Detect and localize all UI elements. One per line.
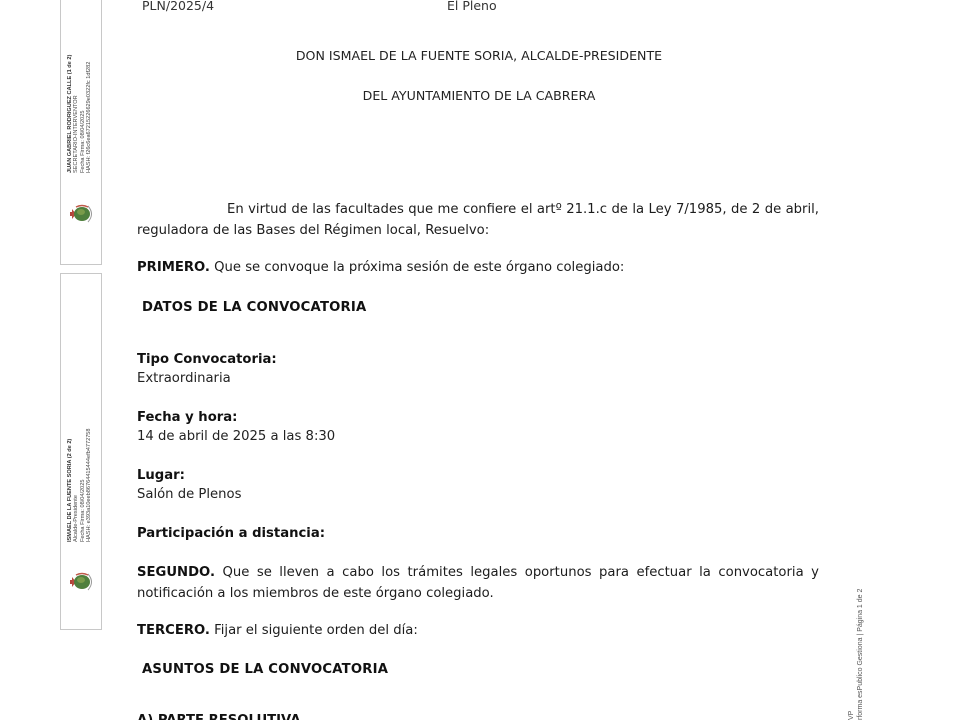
signature-text: JUAN GABRIEL RODRIGUEZ CALLE (1 de 2) SE… [67, 55, 93, 173]
signature-hash: HASH: e393a10eeb86764415444efb4772758 [86, 428, 92, 542]
datos-heading: DATOS DE LA CONVOCATORIA [142, 300, 366, 315]
document-organ: El Pleno [447, 0, 497, 13]
field-label-tipo: Tipo Convocatoria: [137, 352, 277, 367]
segundo-text: Que se lleven a cabo los trámites legale… [137, 565, 819, 601]
parte-resolutiva-heading: A) PARTE RESOLUTIVA [137, 713, 301, 720]
segundo-label: SEGUNDO. [137, 565, 215, 580]
field-label-participacion: Participación a distancia: [137, 526, 325, 541]
coat-of-arms-icon [68, 203, 96, 225]
document-title-line-1: DON ISMAEL DE LA FUENTE SORIA, ALCALDE-P… [0, 48, 958, 63]
field-label-lugar: Lugar: [137, 468, 185, 483]
primero-label: PRIMERO. [137, 260, 210, 275]
tercero-text: Fijar el siguiente orden del día: [210, 623, 418, 638]
platform-footer: rforma esPublico Gestiona | Página 1 de … [857, 589, 864, 720]
field-value-tipo: Extraordinaria [137, 371, 231, 386]
primero-text: Que se convoque la próxima sesión de est… [210, 260, 624, 275]
signature-box-1: JUAN GABRIEL RODRIGUEZ CALLE (1 de 2) SE… [60, 0, 102, 265]
signature-box-2: ISMAEL DE LA FUENTE SORIA (2 de 2) Alcal… [60, 273, 102, 630]
signature-text: ISMAEL DE LA FUENTE SORIA (2 de 2) Alcal… [67, 428, 93, 542]
asuntos-heading: ASUNTOS DE LA CONVOCATORIA [142, 662, 388, 677]
document-title-line-2: DEL AYUNTAMIENTO DE LA CABRERA [0, 88, 958, 103]
tercero-paragraph: TERCERO. Fijar el siguiente orden del dí… [137, 620, 819, 641]
field-value-fecha: 14 de abril de 2025 a las 8:30 [137, 429, 335, 444]
segundo-paragraph: SEGUNDO. Que se lleven a cabo los trámit… [137, 562, 819, 604]
tercero-label: TERCERO. [137, 623, 210, 638]
primero-paragraph: PRIMERO. Que se convoque la próxima sesi… [137, 257, 819, 278]
signature-hash: HASH: f26c6ea67215226629e0322fc 1df282 [86, 55, 92, 173]
document-reference: PLN/2025/4 [142, 0, 214, 13]
intro-paragraph: En virtud de las facultades que me confi… [137, 199, 819, 241]
field-value-lugar: Salón de Plenos [137, 487, 241, 502]
field-label-fecha: Fecha y hora: [137, 410, 237, 425]
coat-of-arms-icon [68, 571, 96, 593]
footer-code: VP [848, 711, 855, 720]
